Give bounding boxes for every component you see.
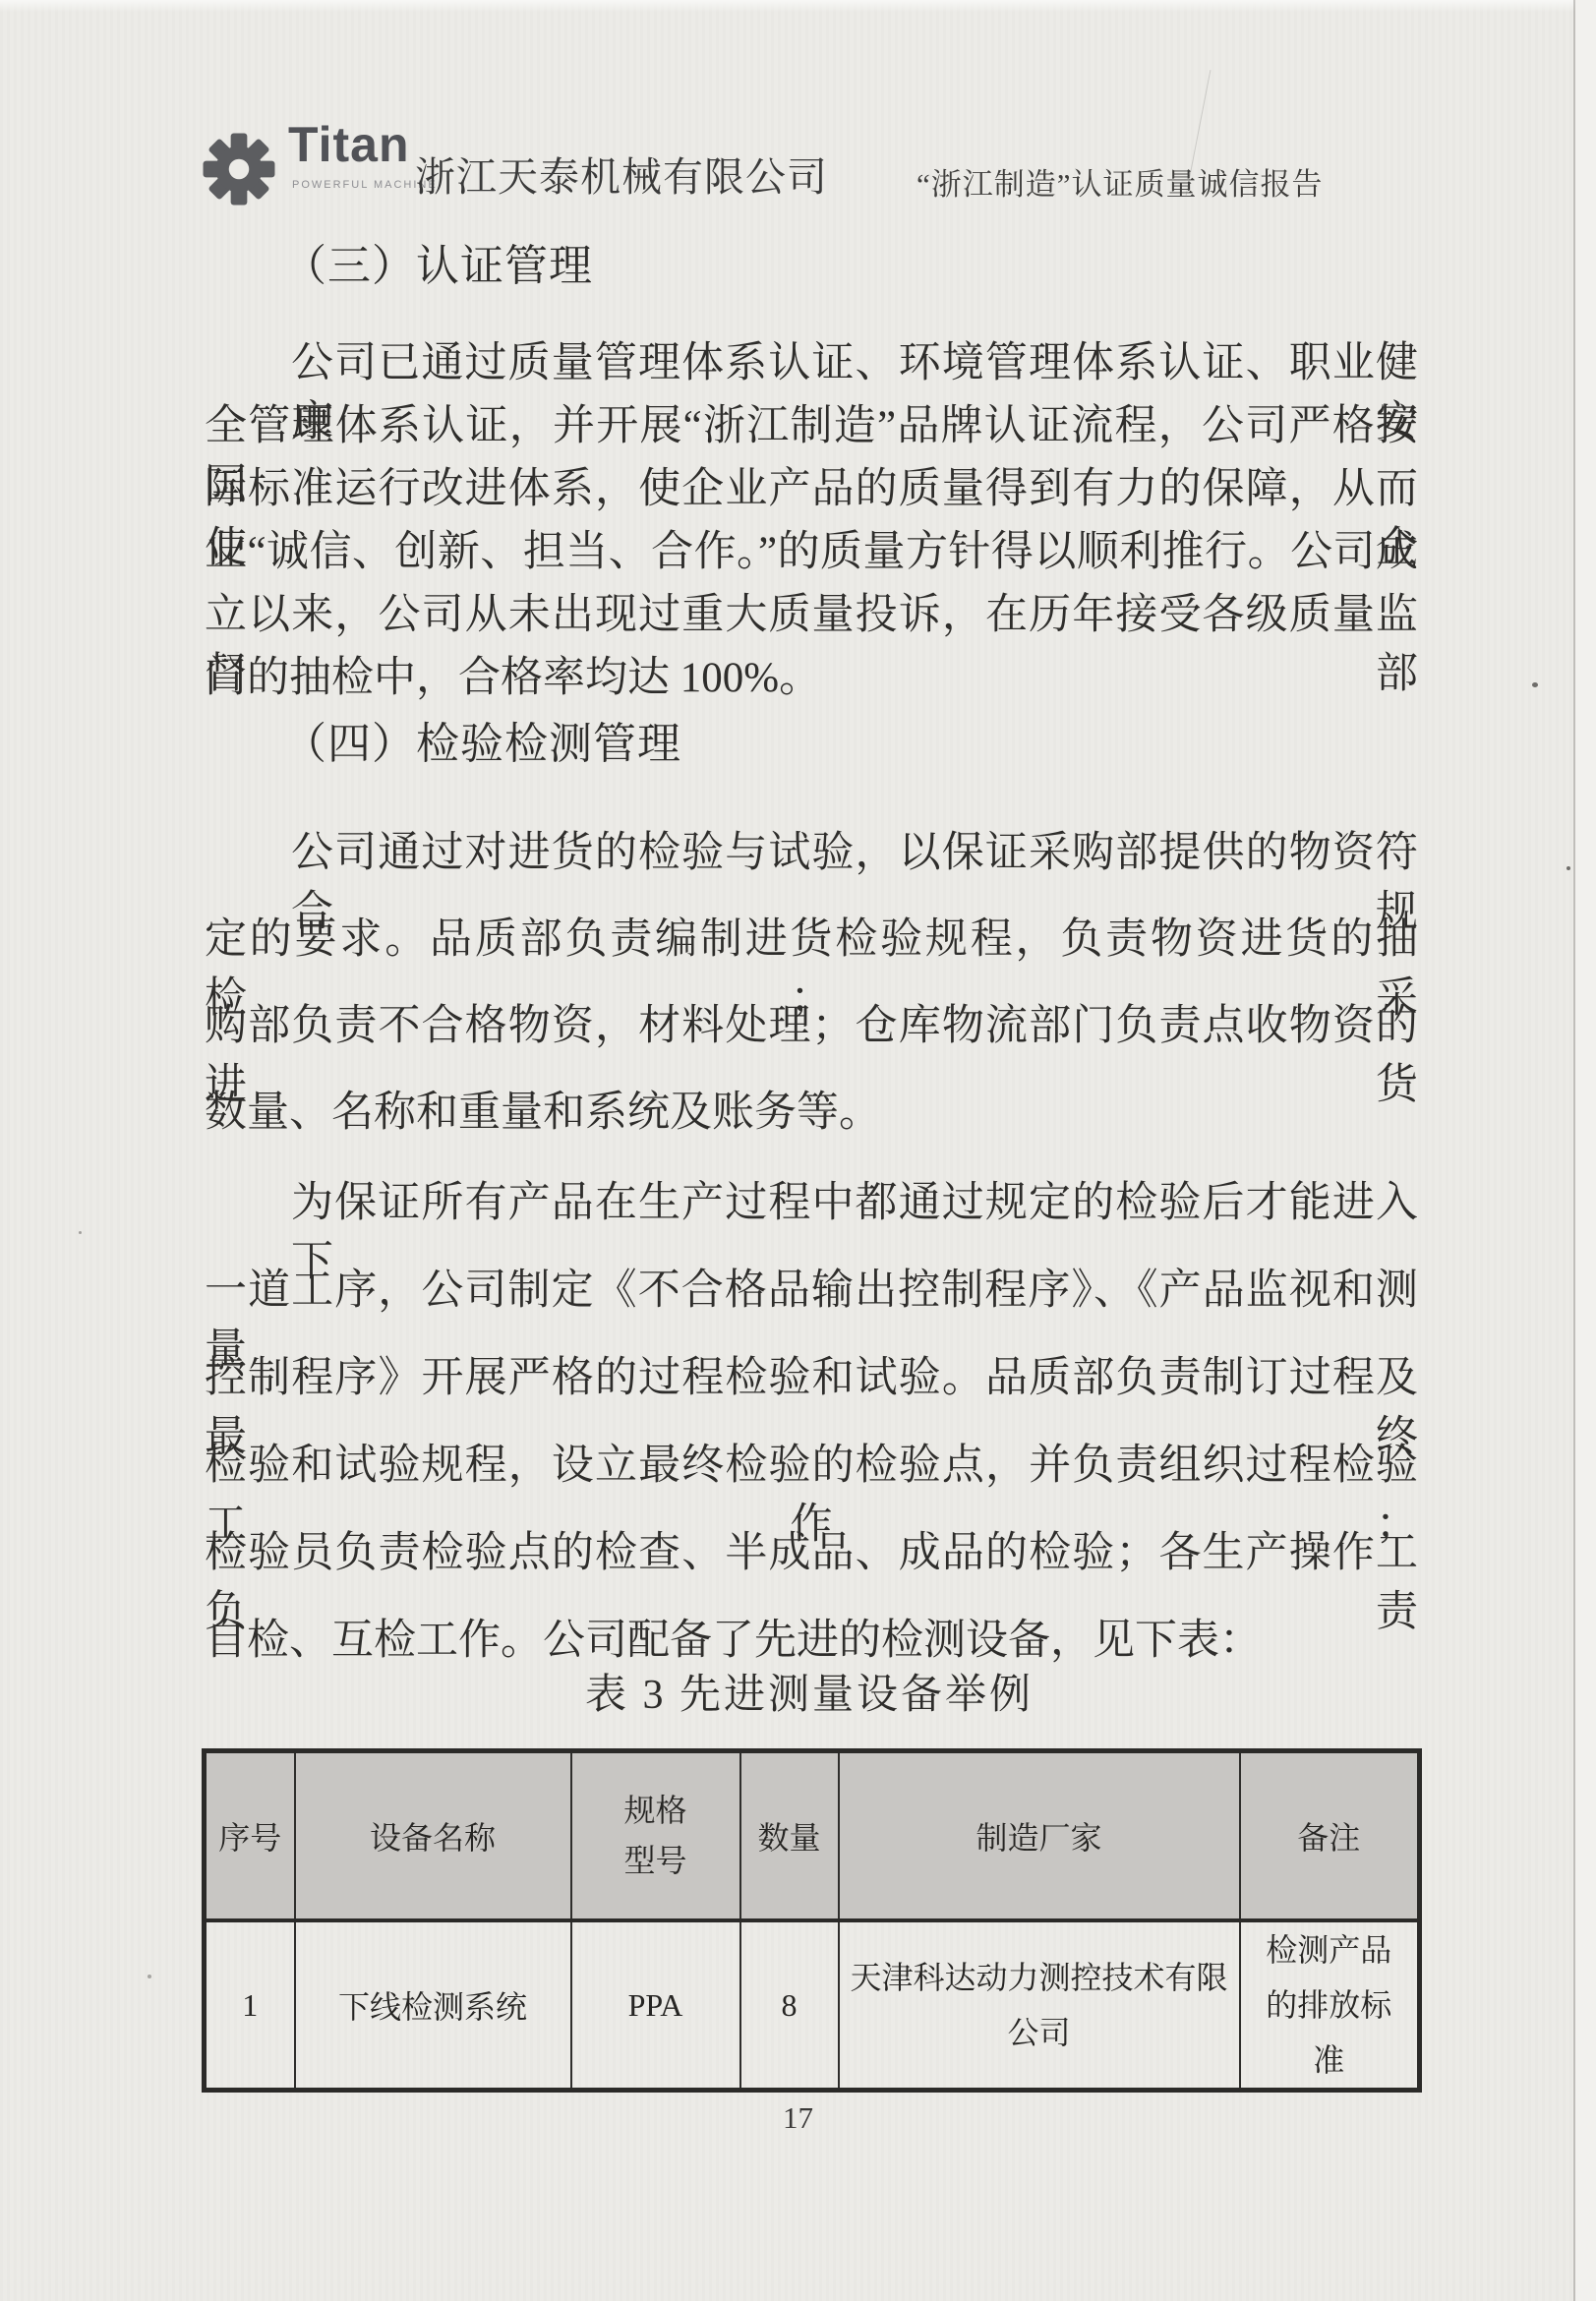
- paragraph-line: 购部负责不合格物资，材料处理；仓库物流部门负责点收物资的进货: [205, 997, 1418, 1062]
- dust-speck: [79, 1231, 82, 1234]
- gear-icon: [202, 132, 276, 206]
- column-header-device: 设备名称: [295, 1751, 571, 1921]
- paragraph-line: 门的抽检中，合格率均达 100%。: [205, 649, 1418, 714]
- column-header-qty: 数量: [740, 1751, 839, 1921]
- section-heading-inspect: （四）检验检测管理: [283, 708, 681, 771]
- cell-spec: PPA: [571, 1920, 740, 2091]
- scan-edge-line: [1573, 0, 1575, 2301]
- equipment-table: 序号 设备名称 规格型号 数量 制造厂家 备注 1 下线检测系统 PPA 8 天…: [202, 1748, 1422, 2093]
- dust-speck: [1566, 866, 1570, 870]
- paragraph-line: 控制程序》开展严格的过程检验和试验。品质部负责制订过程及最终: [205, 1349, 1418, 1414]
- paragraph-line: 全管理体系认证，并开展“浙江制造”品牌认证流程，公司严格按国: [205, 397, 1418, 462]
- cell-manufacturer: 天津科达动力测控技术有限公司: [839, 1920, 1240, 2091]
- cell-no: 1: [205, 1920, 295, 2091]
- paragraph-line: 立以来，公司从未出现过重大质量投诉，在历年接受各级质量监督部: [205, 586, 1418, 651]
- dust-speck: [148, 1975, 151, 1978]
- paragraph-line: 际标准运行改进体系，使企业产品的质量得到有力的保障，从而使企: [205, 460, 1418, 525]
- logo-brand-text: Titan: [288, 116, 410, 173]
- cell-device: 下线检测系统: [295, 1920, 571, 2091]
- paragraph-line: 一道工序，公司制定《不合格品输出控制程序》、《产品监视和测量: [205, 1262, 1418, 1327]
- cell-note: 检测产品的排放标准: [1240, 1920, 1420, 2091]
- paragraph-line: 为保证所有产品在生产过程中都通过规定的检验后才能进入下: [205, 1174, 1418, 1239]
- cell-qty: 8: [740, 1920, 839, 2091]
- paragraph-line: 定的要求。品质部负责编制进货检验规程，负责物资进货的抽检；采: [205, 911, 1418, 975]
- report-title: “浙江制造”认证质量诚信报告: [916, 159, 1324, 204]
- paragraph-line: 公司通过对进货的检验与试验，以保证采购部提供的物资符合规: [205, 824, 1418, 889]
- page-number: 17: [0, 2100, 1596, 2136]
- column-header-manufacturer: 制造厂家: [839, 1751, 1240, 1921]
- column-header-note: 备注: [1240, 1751, 1420, 1921]
- table-header-row: 序号 设备名称 规格型号 数量 制造厂家 备注: [205, 1751, 1420, 1921]
- table-title: 表 3 先进测量设备举例: [202, 1662, 1417, 1721]
- scan-page-edge: [1575, 0, 1596, 2301]
- paragraph-line: 业“诚信、创新、担当、合作。”的质量方针得以顺利推行。公司成: [205, 523, 1418, 588]
- column-header-no: 序号: [205, 1751, 295, 1921]
- section-heading-cert: （三）认证管理: [283, 230, 593, 293]
- paragraph-line: 公司已通过质量管理体系认证、环境管理体系认证、职业健康安: [205, 334, 1418, 399]
- paragraph-line: 数量、名称和重量和系统及账务等。: [205, 1084, 1418, 1149]
- column-header-spec: 规格型号: [571, 1751, 740, 1921]
- dust-speck: [1532, 682, 1538, 687]
- document-page: Titan POWERFUL MACHINE 浙江天泰机械有限公司 “浙江制造”…: [0, 0, 1596, 2301]
- table-row: 1 下线检测系统 PPA 8 天津科达动力测控技术有限公司 检测产品的排放标准: [205, 1920, 1420, 2091]
- scan-top-strip: [0, 0, 1596, 12]
- paragraph-line: 检验员负责检验点的检查、半成品、成品的检验；各生产操作工负责: [205, 1524, 1418, 1589]
- paragraph-line: 检验和试验规程，设立最终检验的检验点，并负责组织过程检验工作；: [205, 1437, 1418, 1502]
- company-name: 浙江天泰机械有限公司: [415, 145, 828, 203]
